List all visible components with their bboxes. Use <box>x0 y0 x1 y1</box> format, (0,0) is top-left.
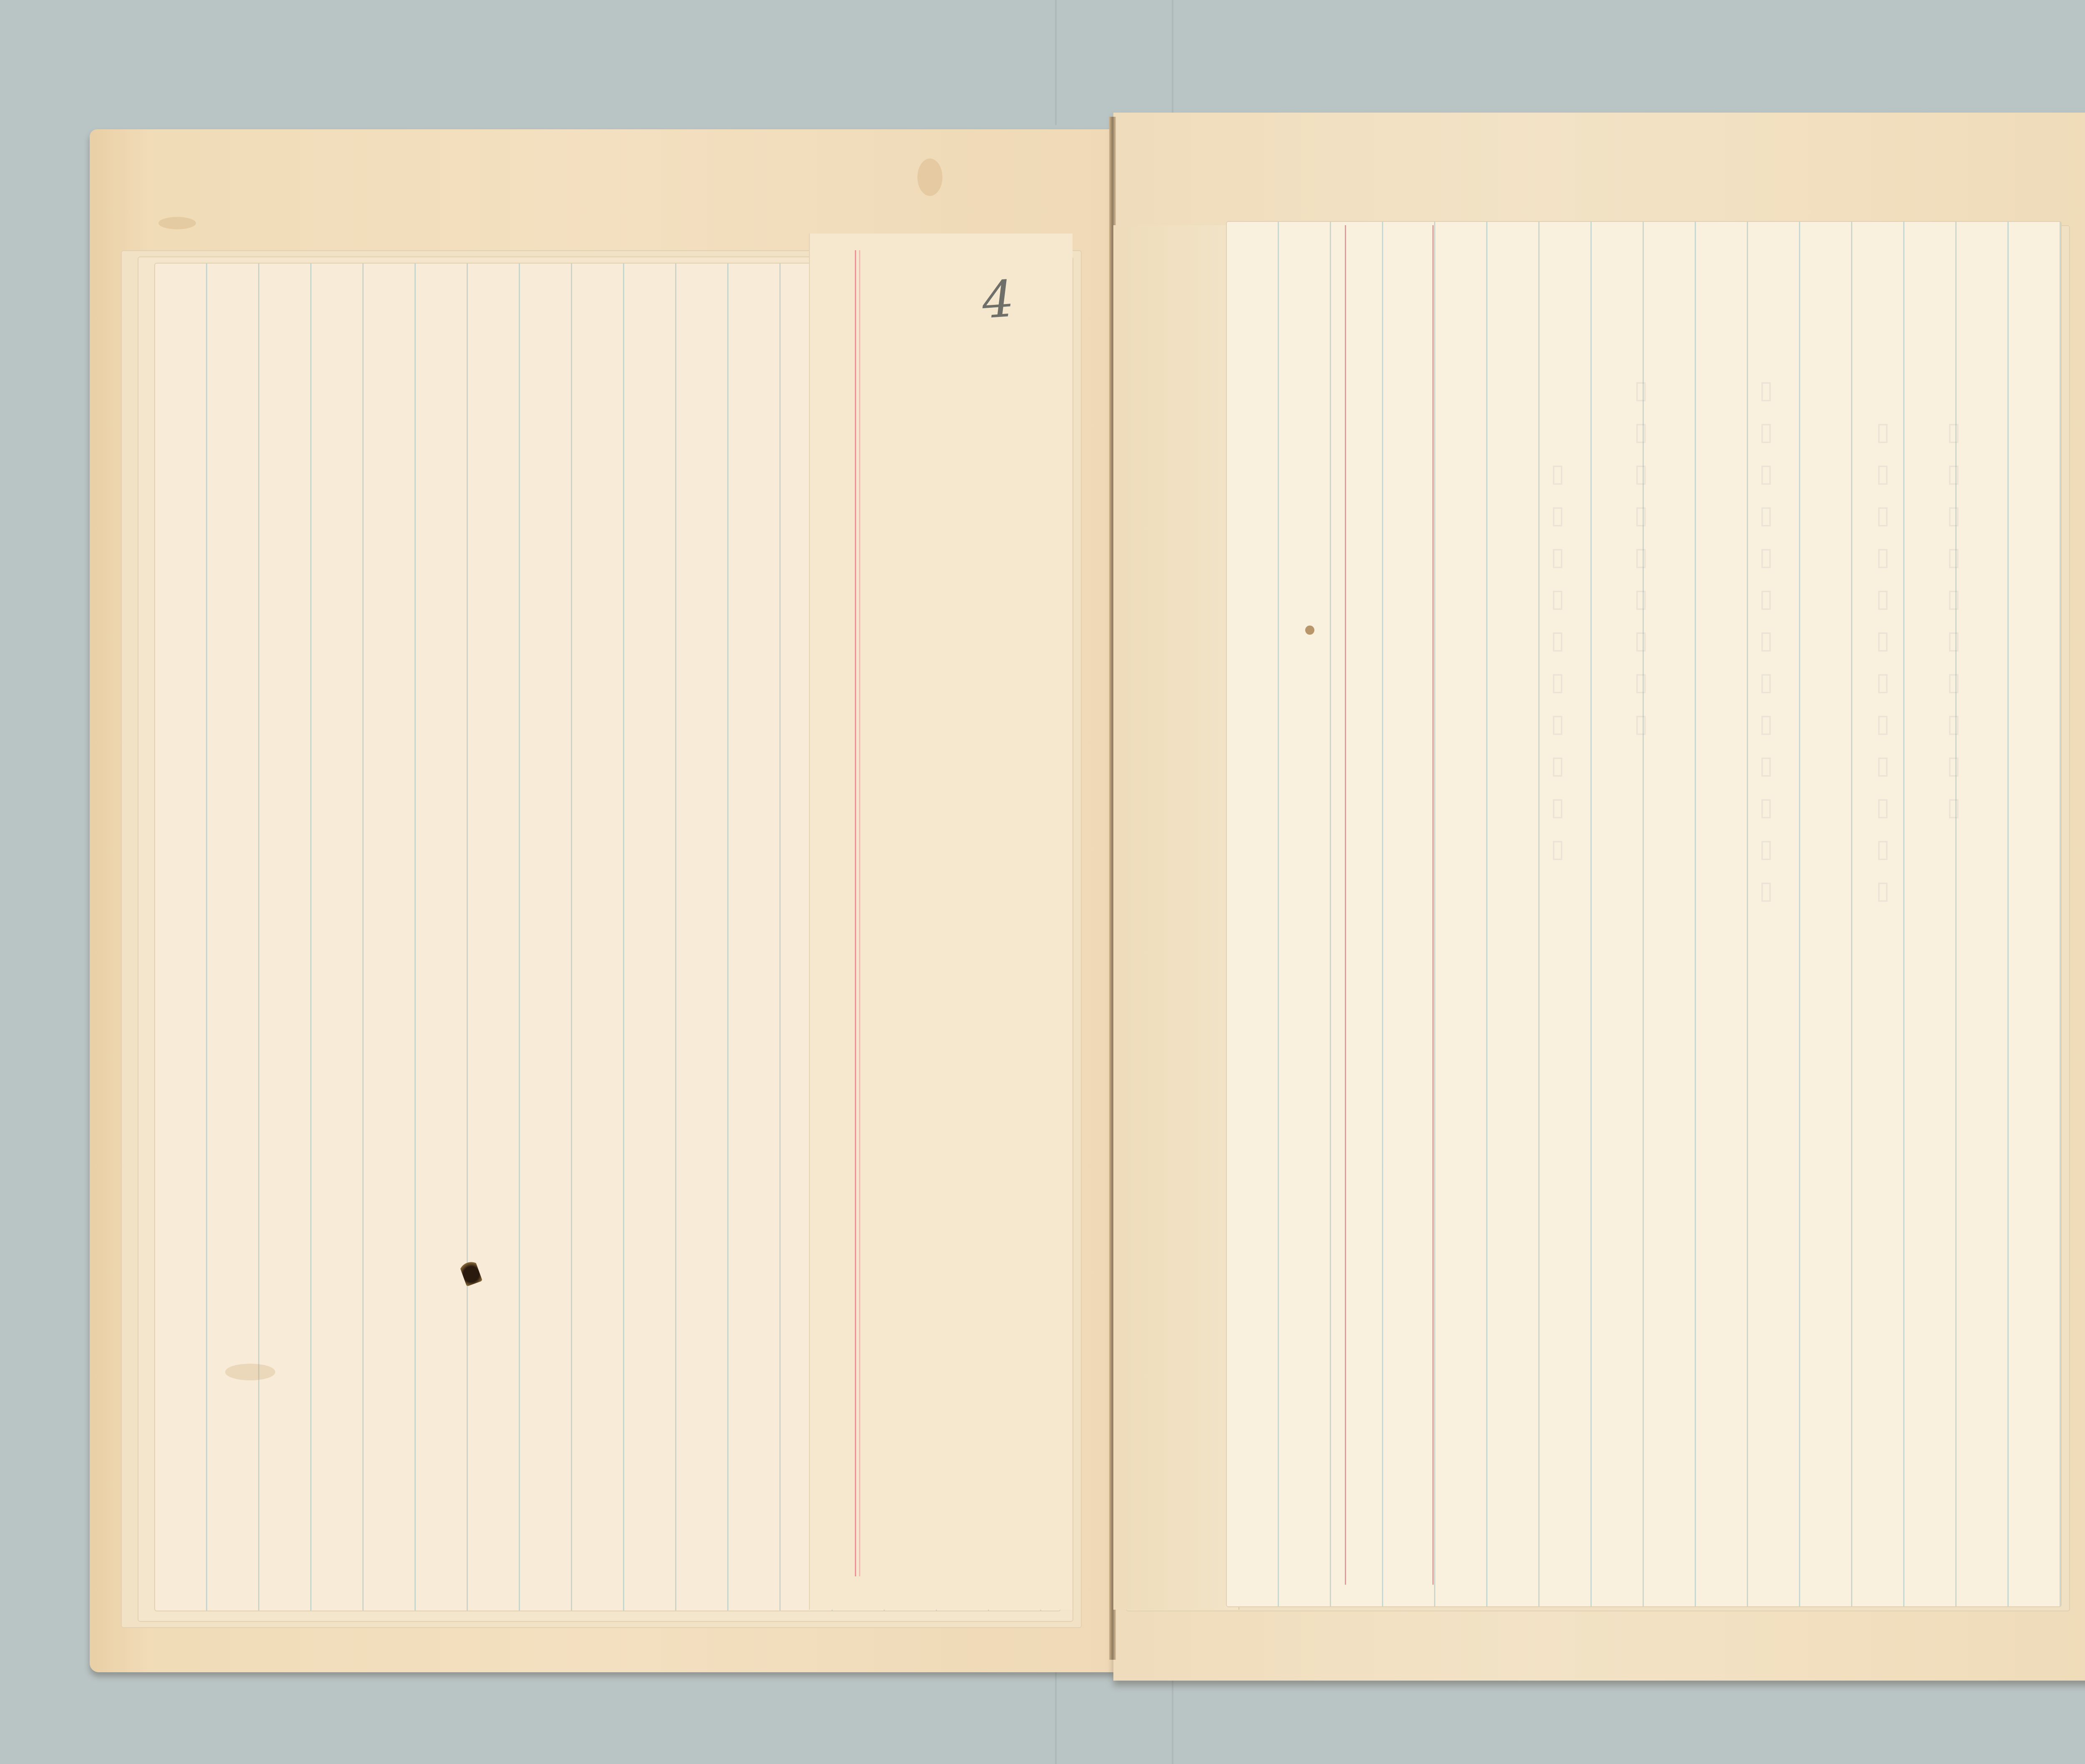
small-stain <box>1305 626 1314 635</box>
show-through-text: ▯▯▯▯▯▯▯▯▯▯▯▯▯ <box>1751 375 1781 917</box>
foxing-stain <box>917 158 942 196</box>
show-through-text: ▯▯▯▯▯▯▯▯▯▯ <box>1939 417 1968 834</box>
show-through-text: ▯▯▯▯▯▯▯▯▯ <box>1626 375 1655 751</box>
background-seam <box>1172 0 1173 125</box>
foxing-stain <box>158 217 196 229</box>
show-through-text: ▯▯▯▯▯▯▯▯▯▯▯▯ <box>1868 417 1897 917</box>
foxing-stain <box>225 1364 275 1380</box>
red-margin-line <box>1432 225 1434 1585</box>
handwritten-page-number: 4 <box>980 270 1016 330</box>
red-margin-line <box>859 250 860 1576</box>
folded-flap-left <box>809 234 1073 1610</box>
folded-flap-right <box>1113 225 1239 1610</box>
red-margin-line <box>855 250 856 1576</box>
show-through-text: ▯▯▯▯▯▯▯▯▯▯ <box>1543 459 1572 876</box>
red-margin-line <box>1345 225 1346 1585</box>
background-seam <box>1055 0 1057 125</box>
